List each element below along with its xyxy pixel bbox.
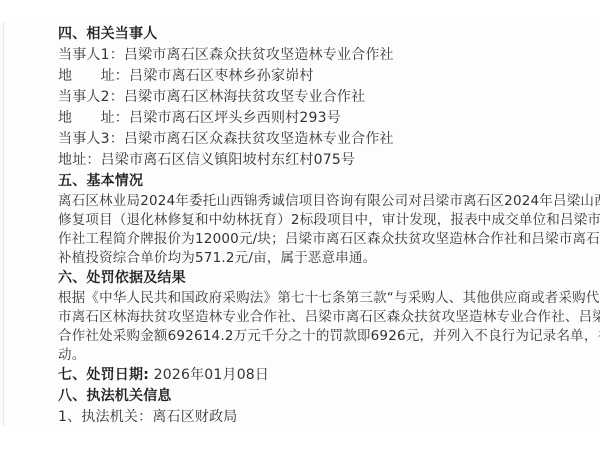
section-heading-related-parties: 四、相关当事人 (58, 24, 600, 45)
situation-line: 修复项目（退化林修复和中幼林抚育）2标段项目中，审计发现，报表中成交单位和吕梁市… (58, 211, 600, 230)
penalty-line: 市离石区林海扶贫攻坚造林专业合作社、吕梁市离石区森众扶贫攻坚造林专业合作社、吕梁… (58, 308, 600, 327)
page: 四、相关当事人 当事人1：吕梁市离石区森众扶贫攻坚造林专业合作社 地 址：吕梁市… (0, 0, 600, 450)
party-1-row: 当事人1：吕梁市离石区森众扶贫攻坚造林专业合作社 (58, 45, 600, 66)
party-2-name: 吕梁市离石区林海扶贫攻坚专业合作社 (124, 89, 365, 105)
section-heading-authority-info: 八、执法机关信息 (58, 386, 600, 407)
party-2-address-label: 地 址： (58, 110, 129, 126)
penalty-line: 合作社处采购金额692614.2万元千分之十的罚款即6926元，并列入不良行为记… (58, 327, 600, 346)
situation-line: 离石区林业局2024年委托山西锦秀诚信项目咨询有限公司对吕梁市离石区2024年吕… (58, 192, 600, 211)
party-3-name: 吕梁市离石区众森扶贫攻坚造林专业合作社 (124, 131, 394, 147)
bottom-margin (0, 426, 600, 450)
party-2-label: 当事人2： (58, 89, 124, 105)
penalty-date: 2026年01月08日 (149, 367, 269, 383)
party-3-address: 吕梁市离石区信义镇阳坡村东红村075号 (101, 152, 356, 168)
situation-line: 作社工程简介牌报价为12000元/块；吕梁市离石区森众扶贫攻坚造林合作社和吕梁市… (58, 230, 600, 249)
penalty-notice-document: 四、相关当事人 当事人1：吕梁市离石区森众扶贫攻坚造林专业合作社 地 址：吕梁市… (58, 24, 600, 426)
situation-line: 补植投资综合单价均为571.2元/亩，属于恶意串通。 (58, 249, 600, 268)
authority-name: 离石区财政局 (152, 409, 237, 425)
party-1-address-label: 地 址： (58, 68, 129, 84)
party-2-row: 当事人2：吕梁市离石区林海扶贫攻坚专业合作社 (58, 87, 600, 108)
party-3-row: 当事人3：吕梁市离石区众森扶贫攻坚造林专业合作社 (58, 129, 600, 150)
party-2-address: 吕梁市离石区坪头乡西则村293号 (129, 110, 341, 126)
party-3-address-label: 地址： (58, 152, 101, 168)
party-1-label: 当事人1： (58, 47, 124, 63)
penalty-date-row: 七、处罚日期: 2026年01月08日 (58, 365, 600, 386)
document-panel: 四、相关当事人 当事人1：吕梁市离石区森众扶贫攻坚造林专业合作社 地 址：吕梁市… (3, 22, 600, 426)
section-heading-penalty-basis: 六、处罚依据及结果 (58, 268, 600, 289)
penalty-line: 根据《中华人民共和国政府采购法》第七十七条第三款“与采购人、其他供应商或者采购代… (58, 289, 600, 308)
section-heading-penalty-date: 七、处罚日期: (58, 367, 149, 383)
authority-label: 1、执法机关： (58, 409, 152, 425)
section-heading-basic-situation: 五、基本情况 (58, 171, 600, 192)
party-1-address-row: 地 址：吕梁市离石区枣林乡孙家峁村 (58, 66, 600, 87)
party-1-name: 吕梁市离石区森众扶贫攻坚造林专业合作社 (124, 47, 394, 63)
party-1-address: 吕梁市离石区枣林乡孙家峁村 (129, 68, 314, 84)
penalty-line: 动。 (58, 346, 600, 365)
authority-row: 1、执法机关：离石区财政局 (58, 407, 600, 426)
party-2-address-row: 地 址：吕梁市离石区坪头乡西则村293号 (58, 108, 600, 129)
party-3-label: 当事人3： (58, 131, 124, 147)
party-3-address-row: 地址：吕梁市离石区信义镇阳坡村东红村075号 (58, 150, 600, 171)
